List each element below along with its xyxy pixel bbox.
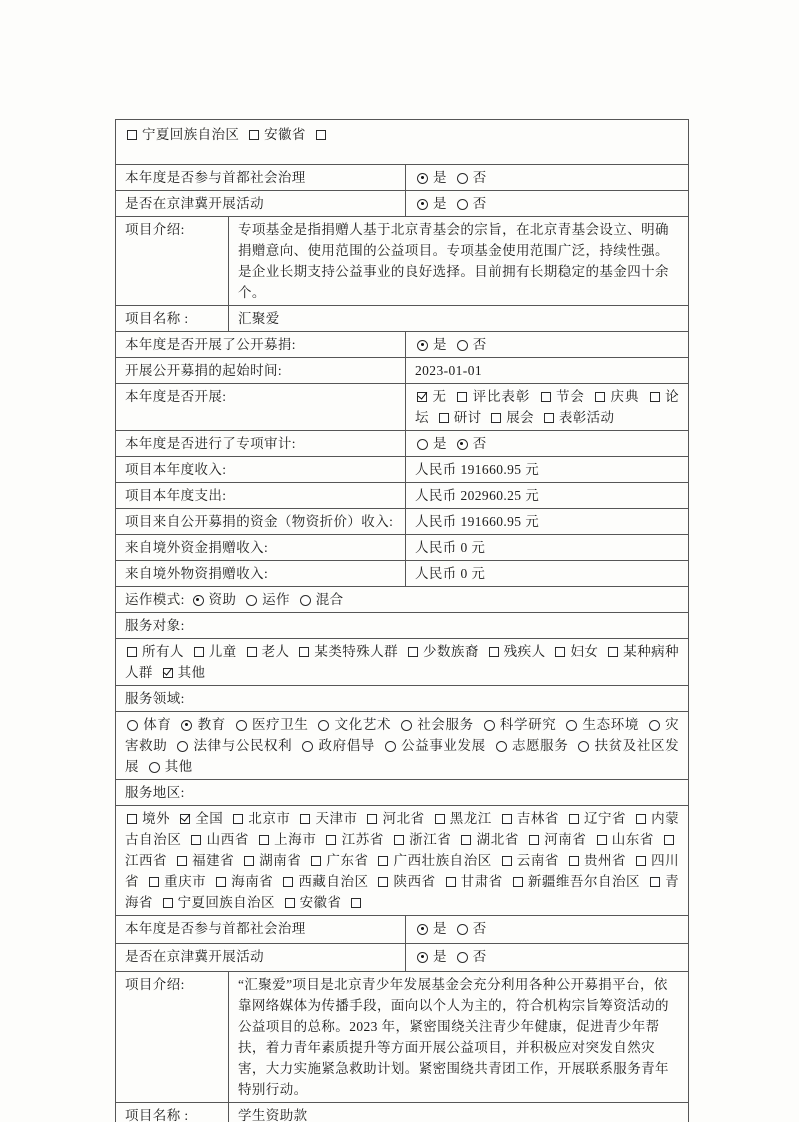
checkbox[interactable] — [489, 647, 499, 657]
radio-button[interactable] — [457, 439, 468, 450]
service-region-header-text: 服务地区: — [125, 785, 185, 800]
checkbox[interactable] — [127, 130, 137, 140]
radio-button[interactable] — [578, 741, 589, 752]
checkbox[interactable] — [541, 392, 551, 402]
option-label: 教育 — [197, 717, 229, 732]
checkbox[interactable] — [247, 647, 257, 657]
option-label: 否 — [473, 170, 487, 185]
option-label: 新疆维吾尔自治区 — [528, 874, 644, 889]
option-label: 江苏省 — [341, 832, 388, 847]
checkbox[interactable] — [127, 814, 137, 824]
option-label: 天津市 — [315, 811, 361, 826]
option-label: 否 — [473, 921, 487, 936]
radio-button[interactable] — [649, 720, 660, 731]
checkbox[interactable] — [311, 856, 321, 866]
option-label: 是 — [433, 337, 451, 352]
option-label: 否 — [473, 436, 487, 451]
checkbox[interactable] — [544, 413, 554, 423]
checkbox[interactable] — [569, 856, 579, 866]
radio-button[interactable] — [484, 720, 495, 731]
project-intro-text: 专项基金是指捐赠人基于北京青基会的宗旨，在北京青基会设立、明确捐赠意向、使用范围… — [229, 217, 688, 305]
scanned-annual-report-page: 宁夏回族自治区 安徽省 本年度是否参与首都社会治理是 否 是否在京津冀开展活动是… — [0, 0, 799, 1122]
radio-button[interactable] — [149, 762, 160, 773]
service-field-options-content: 体育 教育 医疗卫生 文化艺术 社会服务 科学研究 生态环境 灾害救助 法律与公… — [116, 712, 688, 779]
checkbox[interactable] — [461, 835, 471, 845]
public-fundraising-income-value: 人民币 191660.95 元 — [406, 509, 688, 534]
option-label: 贵州省 — [584, 853, 630, 868]
option-label: 混合 — [316, 592, 344, 607]
checkbox[interactable] — [408, 647, 418, 657]
option-label: 节会 — [556, 389, 590, 404]
option-label: 江西省 — [125, 853, 171, 868]
option-label: 山东省 — [612, 832, 659, 847]
radio-button[interactable] — [457, 173, 468, 184]
overseas-fund-donation-income-label: 来自境外资金捐赠收入: — [116, 535, 406, 560]
project-name-2-row: 项目名称 :学生资助款 — [116, 1102, 688, 1122]
option-label: 甘肃省 — [461, 874, 507, 889]
option-label: 湖北省 — [476, 832, 523, 847]
checkbox[interactable] — [446, 877, 456, 887]
option-label: 所有人 — [142, 644, 188, 659]
option-label: 残疾人 — [504, 644, 550, 659]
option-label: 社会服务 — [417, 717, 478, 732]
annual-expense-label: 项目本年度支出: — [116, 483, 406, 508]
checkbox[interactable] — [664, 835, 674, 845]
checkbox[interactable] — [513, 877, 523, 887]
checkbox[interactable] — [378, 856, 388, 866]
checkbox[interactable] — [300, 814, 310, 824]
option-label: 资助 — [209, 592, 241, 607]
checkbox[interactable] — [285, 898, 295, 908]
option-label: 某类特殊人群 — [314, 644, 402, 659]
service-region-options-row: 境外 全国 北京市 天津市 河北省 黑龙江 吉林省 辽宁省 内蒙古自治区 山西省… — [116, 805, 688, 915]
checkbox[interactable] — [636, 814, 646, 824]
radio-button[interactable] — [457, 924, 468, 935]
service-target-header-text: 服务对象: — [125, 618, 185, 633]
option-label: 运作 — [262, 592, 294, 607]
annual-expense-value: 人民币 202960.25 元 — [406, 483, 688, 508]
option-label: 政府倡导 — [318, 738, 379, 753]
checkbox[interactable] — [244, 856, 254, 866]
radio-button[interactable] — [457, 340, 468, 351]
public-fundraising-question-label: 本年度是否开展了公开募捐: — [116, 332, 406, 357]
option-label: 妇女 — [570, 644, 602, 659]
radio-button[interactable] — [457, 199, 468, 210]
annual-income-label: 项目本年度收入: — [116, 457, 406, 482]
overseas-material-donation-income-row: 来自境外物资捐赠收入:人民币 0 元 — [116, 560, 688, 586]
project-name-2-text: 学生资助款 — [229, 1103, 688, 1122]
option-label: 上海市 — [274, 832, 321, 847]
checkbox[interactable] — [233, 814, 243, 824]
option-label: 北京市 — [248, 811, 294, 826]
option-label: 是 — [433, 196, 451, 211]
service-region-overflow-row: 宁夏回族自治区 安徽省 — [116, 120, 688, 164]
option-label: 境外 — [142, 811, 174, 826]
service-field-header-row: 服务领域: — [116, 685, 688, 711]
public-fundraising-income-label: 项目来自公开募捐的资金（物资折价）收入: — [116, 509, 406, 534]
option-label: 否 — [473, 337, 487, 352]
project-name-row: 项目名称 :汇聚爱 — [116, 305, 688, 331]
project-intro-2-text: “汇聚爱”项目是北京青少年发展基金会充分利用各种公开募捐平台，依靠网络媒体为传播… — [229, 972, 688, 1102]
checkbox[interactable] — [417, 392, 427, 402]
option-label: 否 — [473, 196, 487, 211]
capital-governance-question-value: 是 否 — [406, 165, 688, 190]
public-fundraising-question-value: 是 否 — [406, 332, 688, 357]
capital-governance-question-2-row: 本年度是否参与首都社会治理是 否 — [116, 915, 688, 943]
option-label: 是 — [433, 921, 451, 936]
overseas-fund-donation-income-row: 来自境外资金捐赠收入:人民币 0 元 — [116, 534, 688, 560]
overseas-material-donation-income-label: 来自境外物资捐赠收入: — [116, 561, 406, 586]
service-target-header-row: 服务对象: — [116, 612, 688, 638]
checkbox[interactable] — [502, 814, 512, 824]
option-label: 其他 — [165, 759, 193, 774]
option-label: 云南省 — [517, 853, 563, 868]
option-label: 评比表彰 — [472, 389, 534, 404]
service-target-options-content: 所有人 儿童 老人 某类特殊人群 少数族裔 残疾人 妇女 某种病种人群 其他 — [116, 639, 688, 685]
option-label: 医疗卫生 — [252, 717, 313, 732]
option-label: 少数族裔 — [423, 644, 483, 659]
project-intro-2-row: 项目介绍:“汇聚爱”项目是北京青少年发展基金会充分利用各种公开募捐平台，依靠网络… — [116, 971, 688, 1102]
option-label: 河南省 — [544, 832, 591, 847]
option-label: 海南省 — [231, 874, 277, 889]
project-name-label: 项目名称 : — [116, 306, 229, 331]
checkbox[interactable] — [367, 814, 377, 824]
checkbox[interactable] — [457, 392, 467, 402]
jingjinji-activity-question-label: 是否在京津冀开展活动 — [116, 191, 406, 216]
checkbox[interactable] — [608, 647, 618, 657]
checkbox[interactable] — [177, 856, 187, 866]
project-intro-2-label: 项目介绍: — [116, 972, 229, 1102]
service-region-header-content: 服务地区: — [116, 780, 688, 805]
checkbox[interactable] — [636, 856, 646, 866]
option-label: 辽宁省 — [584, 811, 630, 826]
activities-held-question-label: 本年度是否开展: — [116, 384, 406, 430]
radio-button[interactable] — [385, 741, 396, 752]
option-label: 庆典 — [610, 389, 644, 404]
option-label: 文化艺术 — [334, 717, 395, 732]
option-label: 宁夏回族自治区 — [142, 127, 243, 142]
capital-governance-question-2-value: 是 否 — [406, 916, 688, 943]
radio-button[interactable] — [417, 340, 428, 351]
activities-held-question-row: 本年度是否开展:无 评比表彰 节会 庆典 论坛 研讨 展会 表彰活动 — [116, 383, 688, 430]
checkbox[interactable] — [259, 835, 269, 845]
operation-mode-prefix: 运作模式: — [125, 592, 189, 607]
radio-button[interactable] — [181, 720, 192, 731]
checkbox[interactable] — [555, 647, 565, 657]
checkbox[interactable] — [439, 413, 449, 423]
service-field-options-row: 体育 教育 医疗卫生 文化艺术 社会服务 科学研究 生态环境 灾害救助 法律与公… — [116, 711, 688, 779]
special-audit-question-label: 本年度是否进行了专项审计: — [116, 431, 406, 456]
option-label: 安徽省 — [300, 895, 345, 910]
project-intro-label: 项目介绍: — [116, 217, 229, 305]
radio-button[interactable] — [246, 595, 257, 606]
checkbox[interactable] — [180, 814, 190, 824]
option-label: 公益事业发展 — [401, 738, 490, 753]
radio-button[interactable] — [177, 741, 188, 752]
service-region-options-content: 境外 全国 北京市 天津市 河北省 黑龙江 吉林省 辽宁省 内蒙古自治区 山西省… — [116, 806, 688, 915]
checkbox[interactable] — [597, 835, 607, 845]
radio-button[interactable] — [193, 595, 204, 606]
service-region-overflow-content: 宁夏回族自治区 安徽省 — [116, 120, 688, 164]
jingjinji-activity-question-2-label: 是否在京津冀开展活动 — [116, 944, 406, 971]
checkbox[interactable] — [149, 877, 159, 887]
radio-button[interactable] — [401, 720, 412, 731]
option-label: 重庆市 — [164, 874, 210, 889]
service-target-options-row: 所有人 儿童 老人 某类特殊人群 少数族裔 残疾人 妇女 某种病种人群 其他 — [116, 638, 688, 685]
service-field-header-content: 服务领域: — [116, 686, 688, 711]
option-label: 是 — [433, 170, 451, 185]
radio-button[interactable] — [417, 924, 428, 935]
option-label: 安徽省 — [264, 127, 309, 142]
option-label: 山西省 — [206, 832, 253, 847]
operation-mode-row: 运作模式: 资助 运作 混合 — [116, 586, 688, 612]
option-label: 浙江省 — [409, 832, 456, 847]
checkbox[interactable] — [378, 877, 388, 887]
option-label: 是 — [433, 949, 451, 964]
option-label: 其他 — [178, 665, 206, 680]
option-label: 吉林省 — [517, 811, 563, 826]
radio-button[interactable] — [457, 952, 468, 963]
jingjinji-activity-question-value: 是 否 — [406, 191, 688, 216]
option-label: 河北省 — [382, 811, 428, 826]
option-label: 广西壮族自治区 — [393, 853, 495, 868]
capital-governance-question-row: 本年度是否参与首都社会治理是 否 — [116, 164, 688, 190]
checkbox[interactable] — [569, 814, 579, 824]
checkbox[interactable] — [491, 413, 501, 423]
option-label: 湖南省 — [259, 853, 305, 868]
radio-button[interactable] — [417, 439, 428, 450]
checkbox[interactable] — [194, 647, 204, 657]
option-label: 表彰活动 — [559, 410, 615, 425]
option-label: 法律与公民权利 — [193, 738, 296, 753]
fundraising-start-date-row: 开展公开募捐的起始时间:2023-01-01 — [116, 357, 688, 383]
capital-governance-question-label: 本年度是否参与首都社会治理 — [116, 165, 406, 190]
option-label: 陕西省 — [393, 874, 439, 889]
radio-button[interactable] — [302, 741, 313, 752]
annual-income-row: 项目本年度收入:人民币 191660.95 元 — [116, 456, 688, 482]
option-label: 老人 — [262, 644, 294, 659]
option-label: 体育 — [143, 717, 175, 732]
option-label: 无 — [432, 389, 451, 404]
checkbox[interactable] — [163, 898, 173, 908]
fundraising-start-date-label: 开展公开募捐的起始时间: — [116, 358, 406, 383]
service-field-header-text: 服务领域: — [125, 691, 185, 706]
radio-button[interactable] — [417, 199, 428, 210]
option-label: 展会 — [506, 410, 538, 425]
option-label: 西藏自治区 — [298, 874, 372, 889]
public-fundraising-income-row: 项目来自公开募捐的资金（物资折价）收入:人民币 191660.95 元 — [116, 508, 688, 534]
option-label: 全国 — [195, 811, 227, 826]
radio-button[interactable] — [318, 720, 329, 731]
radio-button[interactable] — [417, 952, 428, 963]
capital-governance-question-2-label: 本年度是否参与首都社会治理 — [116, 916, 406, 943]
overseas-fund-donation-income-value: 人民币 0 元 — [406, 535, 688, 560]
radio-button[interactable] — [496, 741, 507, 752]
project-name-2-label: 项目名称 : — [116, 1103, 229, 1122]
option-label: 生态环境 — [582, 717, 643, 732]
checkbox[interactable] — [216, 877, 226, 887]
checkbox[interactable] — [650, 877, 660, 887]
jingjinji-activity-question-2-row: 是否在京津冀开展活动是 否 — [116, 943, 688, 971]
option-label: 科学研究 — [500, 717, 561, 732]
service-target-header-content: 服务对象: — [116, 613, 688, 638]
checkbox[interactable] — [191, 835, 201, 845]
radio-button[interactable] — [417, 173, 428, 184]
option-label: 志愿服务 — [512, 738, 573, 753]
checkbox[interactable] — [249, 130, 259, 140]
annual-expense-row: 项目本年度支出:人民币 202960.25 元 — [116, 482, 688, 508]
option-label: 黑龙江 — [450, 811, 496, 826]
option-label: 宁夏回族自治区 — [178, 895, 279, 910]
annual-income-value: 人民币 191660.95 元 — [406, 457, 688, 482]
option-label: 儿童 — [209, 644, 241, 659]
project-intro-row: 项目介绍:专项基金是指捐赠人基于北京青基会的宗旨，在北京青基会设立、明确捐赠意向… — [116, 216, 688, 305]
checkbox[interactable] — [502, 856, 512, 866]
option-label: 否 — [473, 949, 487, 964]
public-fundraising-question-row: 本年度是否开展了公开募捐:是 否 — [116, 331, 688, 357]
checkbox[interactable] — [127, 647, 137, 657]
checkbox[interactable] — [394, 835, 404, 845]
special-audit-question-value: 是 否 — [406, 431, 688, 456]
jingjinji-activity-question-row: 是否在京津冀开展活动是 否 — [116, 190, 688, 216]
option-label: 研讨 — [454, 410, 486, 425]
option-label: 广东省 — [326, 853, 372, 868]
operation-mode-content: 运作模式: 资助 运作 混合 — [116, 587, 688, 612]
annual-report-form-table: 宁夏回族自治区 安徽省 本年度是否参与首都社会治理是 否 是否在京津冀开展活动是… — [115, 119, 689, 1122]
radio-button[interactable] — [127, 720, 138, 731]
activities-held-question-value: 无 评比表彰 节会 庆典 论坛 研讨 展会 表彰活动 — [406, 384, 688, 430]
option-label: 福建省 — [192, 853, 238, 868]
option-label: 是 — [433, 436, 451, 451]
checkbox[interactable] — [529, 835, 539, 845]
checkbox[interactable] — [435, 814, 445, 824]
radio-button[interactable] — [566, 720, 577, 731]
checkbox[interactable] — [316, 130, 326, 140]
service-region-header-row: 服务地区: — [116, 779, 688, 805]
overseas-material-donation-income-value: 人民币 0 元 — [406, 561, 688, 586]
special-audit-question-row: 本年度是否进行了专项审计:是 否 — [116, 430, 688, 456]
radio-button[interactable] — [236, 720, 247, 731]
checkbox[interactable] — [163, 668, 173, 678]
checkbox[interactable] — [326, 835, 336, 845]
jingjinji-activity-question-2-value: 是 否 — [406, 944, 688, 971]
radio-button[interactable] — [300, 595, 311, 606]
checkbox[interactable] — [351, 898, 361, 908]
project-name-text: 汇聚爱 — [229, 306, 688, 331]
checkbox[interactable] — [650, 392, 660, 402]
checkbox[interactable] — [299, 647, 309, 657]
checkbox[interactable] — [283, 877, 293, 887]
checkbox[interactable] — [595, 392, 605, 402]
fundraising-start-date-value: 2023-01-01 — [406, 358, 688, 383]
